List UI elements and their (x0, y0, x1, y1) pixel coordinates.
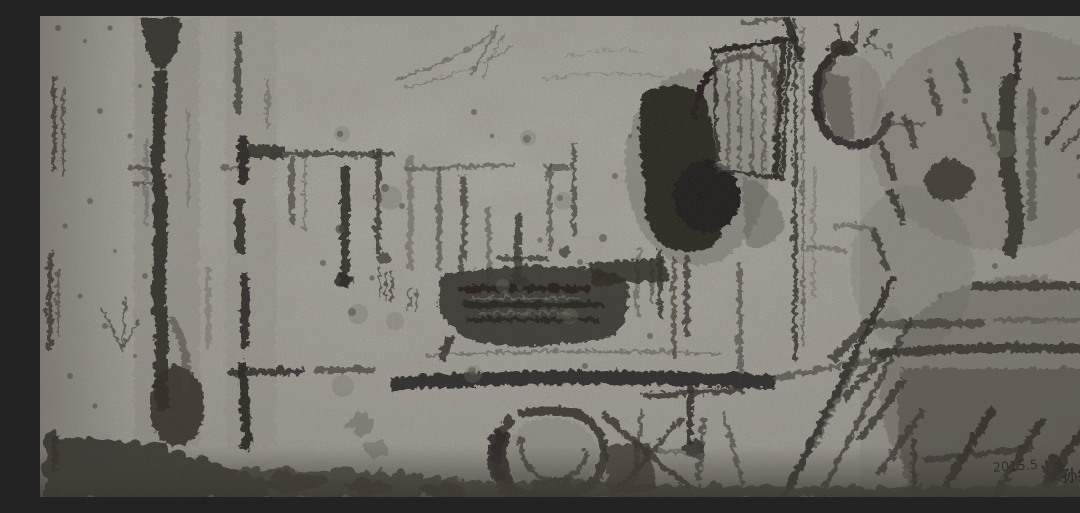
ink-painting-canvas: 2015.5 孙纲 (40, 16, 1080, 497)
artwork-photo: 2015.5 孙纲 (40, 16, 1080, 497)
paper-grain (40, 16, 1080, 497)
